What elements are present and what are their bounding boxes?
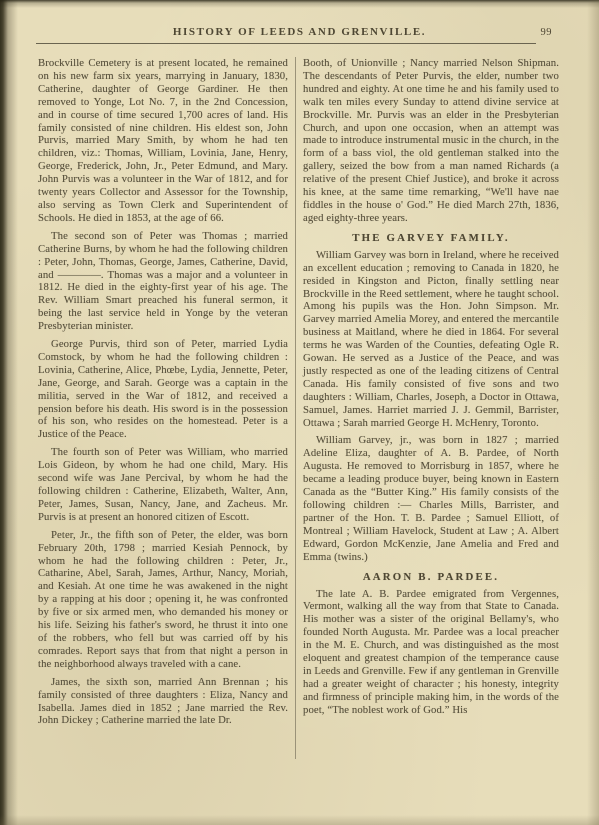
right-paragraph-aaron-pardee: The late A. B. Pardee emigrated from Ver… bbox=[303, 588, 559, 717]
right-paragraph-william-garvey-jr: William Garvey, jr., was born in 1827 ; … bbox=[303, 434, 559, 563]
heading-garvey-family: THE GARVEY FAMILY. bbox=[303, 232, 559, 244]
header-rule bbox=[36, 43, 536, 44]
left-paragraph-james-purvis: James, the sixth son, married Ann Brenna… bbox=[38, 676, 288, 728]
running-title: HISTORY OF LEEDS AND GRENVILLE. bbox=[0, 26, 599, 38]
left-paragraph-george-purvis: George Purvis, third son of Peter, marri… bbox=[38, 338, 288, 441]
page-top-edge-shadow bbox=[0, 0, 599, 8]
left-paragraph-peter-purvis-jr: Peter, Jr., the fifth son of Peter, the … bbox=[38, 529, 288, 671]
scanned-book-page: HISTORY OF LEEDS AND GRENVILLE. 99 Brock… bbox=[0, 0, 599, 825]
right-paragraph-purvis-descendants: Booth, of Unionville ; Nancy married Nel… bbox=[303, 57, 559, 225]
page-number: 99 bbox=[541, 27, 553, 38]
right-paragraph-william-garvey: William Garvey was born in Ireland, wher… bbox=[303, 249, 559, 430]
page-gutter-shadow bbox=[0, 0, 18, 825]
heading-aaron-b-pardee: AARON B. PARDEE. bbox=[303, 571, 559, 583]
left-column: Brockville Cemetery is at present locate… bbox=[38, 57, 288, 805]
text-block: Brockville Cemetery is at present locate… bbox=[38, 57, 559, 805]
page-bottom-edge-shadow bbox=[0, 815, 599, 825]
page-right-edge-shadow bbox=[587, 0, 599, 825]
left-paragraph-thomas-purvis: The second son of Peter was Thomas ; mar… bbox=[38, 230, 288, 333]
column-divider-rule bbox=[295, 57, 296, 759]
left-paragraph-william-purvis: The fourth son of Peter was William, who… bbox=[38, 446, 288, 523]
right-column: Booth, of Unionville ; Nancy married Nel… bbox=[303, 57, 559, 805]
left-paragraph-purvis-continuation: Brockville Cemetery is at present locate… bbox=[38, 57, 288, 225]
